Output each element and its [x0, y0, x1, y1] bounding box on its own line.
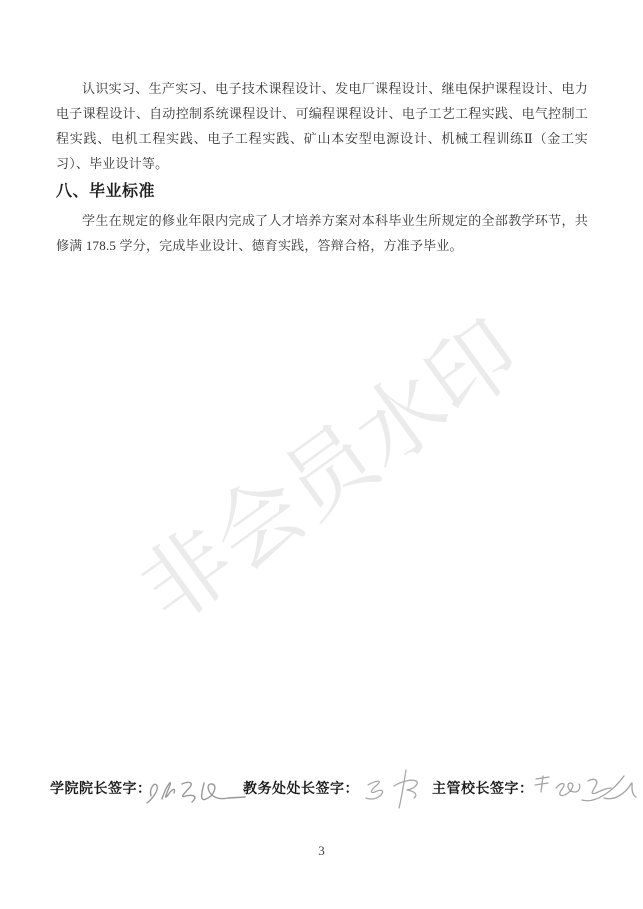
document-page: 非会员水印 认识实习、生产实习、电子技术课程设计、发电厂课程设计、继电保护课程设…	[0, 0, 643, 909]
dean-signature-label: 学院院长签字：	[50, 778, 152, 798]
page-number: 3	[0, 843, 643, 859]
graduation-requirements-paragraph: 学生在规定的修业年限内完成了人才培养方案对本科毕业生所规定的全部教学环节，共修满…	[56, 208, 588, 258]
signature-row: 学院院长签字： 教务处处长签字： 主管校长签字：	[50, 776, 635, 812]
dean-signature	[144, 772, 248, 812]
academic-affairs-director-signature	[360, 766, 432, 812]
vice-principal-signature	[530, 768, 642, 812]
watermark-text: 非会员水印	[125, 305, 535, 638]
vice-principal-signature-label: 主管校长签字：	[432, 778, 534, 798]
document-body: 认识实习、生产实习、电子技术课程设计、发电厂课程设计、继电保护课程设计、电力电子…	[56, 76, 588, 258]
graduation-standard-heading: 八、毕业标准	[56, 180, 588, 204]
academic-affairs-director-signature-label: 教务处处长签字：	[243, 778, 359, 798]
practice-courses-paragraph: 认识实习、生产实习、电子技术课程设计、发电厂课程设计、继电保护课程设计、电力电子…	[56, 76, 588, 176]
